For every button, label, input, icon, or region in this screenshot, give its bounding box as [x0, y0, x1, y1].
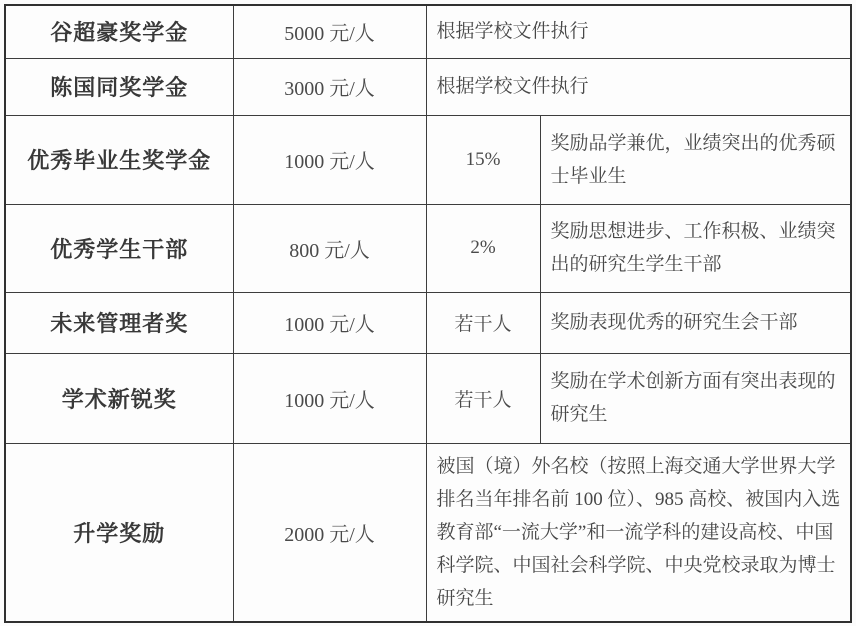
table-row: 升学奖励 2000 元/人 被国（境）外名校（按照上海交通大学世界大学排名当年排… [5, 443, 851, 622]
scholarship-name-cell: 陈国同奖学金 [5, 58, 233, 115]
table-row: 优秀毕业生奖学金 1000 元/人 15% 奖励品学兼优，业绩突出的优秀硕士毕业… [5, 115, 851, 204]
table-row: 学术新锐奖 1000 元/人 若干人 奖励在学术创新方面有突出表现的研究生 [5, 353, 851, 443]
table-row: 谷超豪奖学金 5000 元/人 根据学校文件执行 [5, 5, 851, 58]
description-cell: 被国（境）外名校（按照上海交通大学世界大学排名当年排名前 100 位）、985 … [426, 443, 851, 622]
quota-cell: 若干人 [426, 353, 540, 443]
amount-cell: 1000 元/人 [233, 353, 426, 443]
amount-cell: 1000 元/人 [233, 115, 426, 204]
quota-cell: 2% [426, 204, 540, 292]
description-cell: 奖励表现优秀的研究生会干部 [540, 292, 851, 353]
scholarship-name-cell: 未来管理者奖 [5, 292, 233, 353]
scholarship-name-cell: 学术新锐奖 [5, 353, 233, 443]
description-cell: 根据学校文件执行 [426, 58, 851, 115]
document-page: 谷超豪奖学金 5000 元/人 根据学校文件执行 陈国同奖学金 3000 元/人… [0, 0, 856, 626]
amount-cell: 3000 元/人 [233, 58, 426, 115]
amount-cell: 5000 元/人 [233, 5, 426, 58]
scholarship-table-body: 谷超豪奖学金 5000 元/人 根据学校文件执行 陈国同奖学金 3000 元/人… [5, 5, 851, 622]
table-row: 陈国同奖学金 3000 元/人 根据学校文件执行 [5, 58, 851, 115]
description-cell: 奖励思想进步、工作积极、业绩突出的研究生学生干部 [540, 204, 851, 292]
scholarship-name-cell: 升学奖励 [5, 443, 233, 622]
table-row: 优秀学生干部 800 元/人 2% 奖励思想进步、工作积极、业绩突出的研究生学生… [5, 204, 851, 292]
description-cell: 奖励品学兼优，业绩突出的优秀硕士毕业生 [540, 115, 851, 204]
scholarship-name-cell: 优秀毕业生奖学金 [5, 115, 233, 204]
scholarship-name-cell: 谷超豪奖学金 [5, 5, 233, 58]
amount-cell: 1000 元/人 [233, 292, 426, 353]
quota-cell: 若干人 [426, 292, 540, 353]
scholarship-name-cell: 优秀学生干部 [5, 204, 233, 292]
table-row: 未来管理者奖 1000 元/人 若干人 奖励表现优秀的研究生会干部 [5, 292, 851, 353]
description-cell: 根据学校文件执行 [426, 5, 851, 58]
amount-cell: 2000 元/人 [233, 443, 426, 622]
amount-cell: 800 元/人 [233, 204, 426, 292]
scholarship-table: 谷超豪奖学金 5000 元/人 根据学校文件执行 陈国同奖学金 3000 元/人… [4, 4, 852, 623]
quota-cell: 15% [426, 115, 540, 204]
description-cell: 奖励在学术创新方面有突出表现的研究生 [540, 353, 851, 443]
